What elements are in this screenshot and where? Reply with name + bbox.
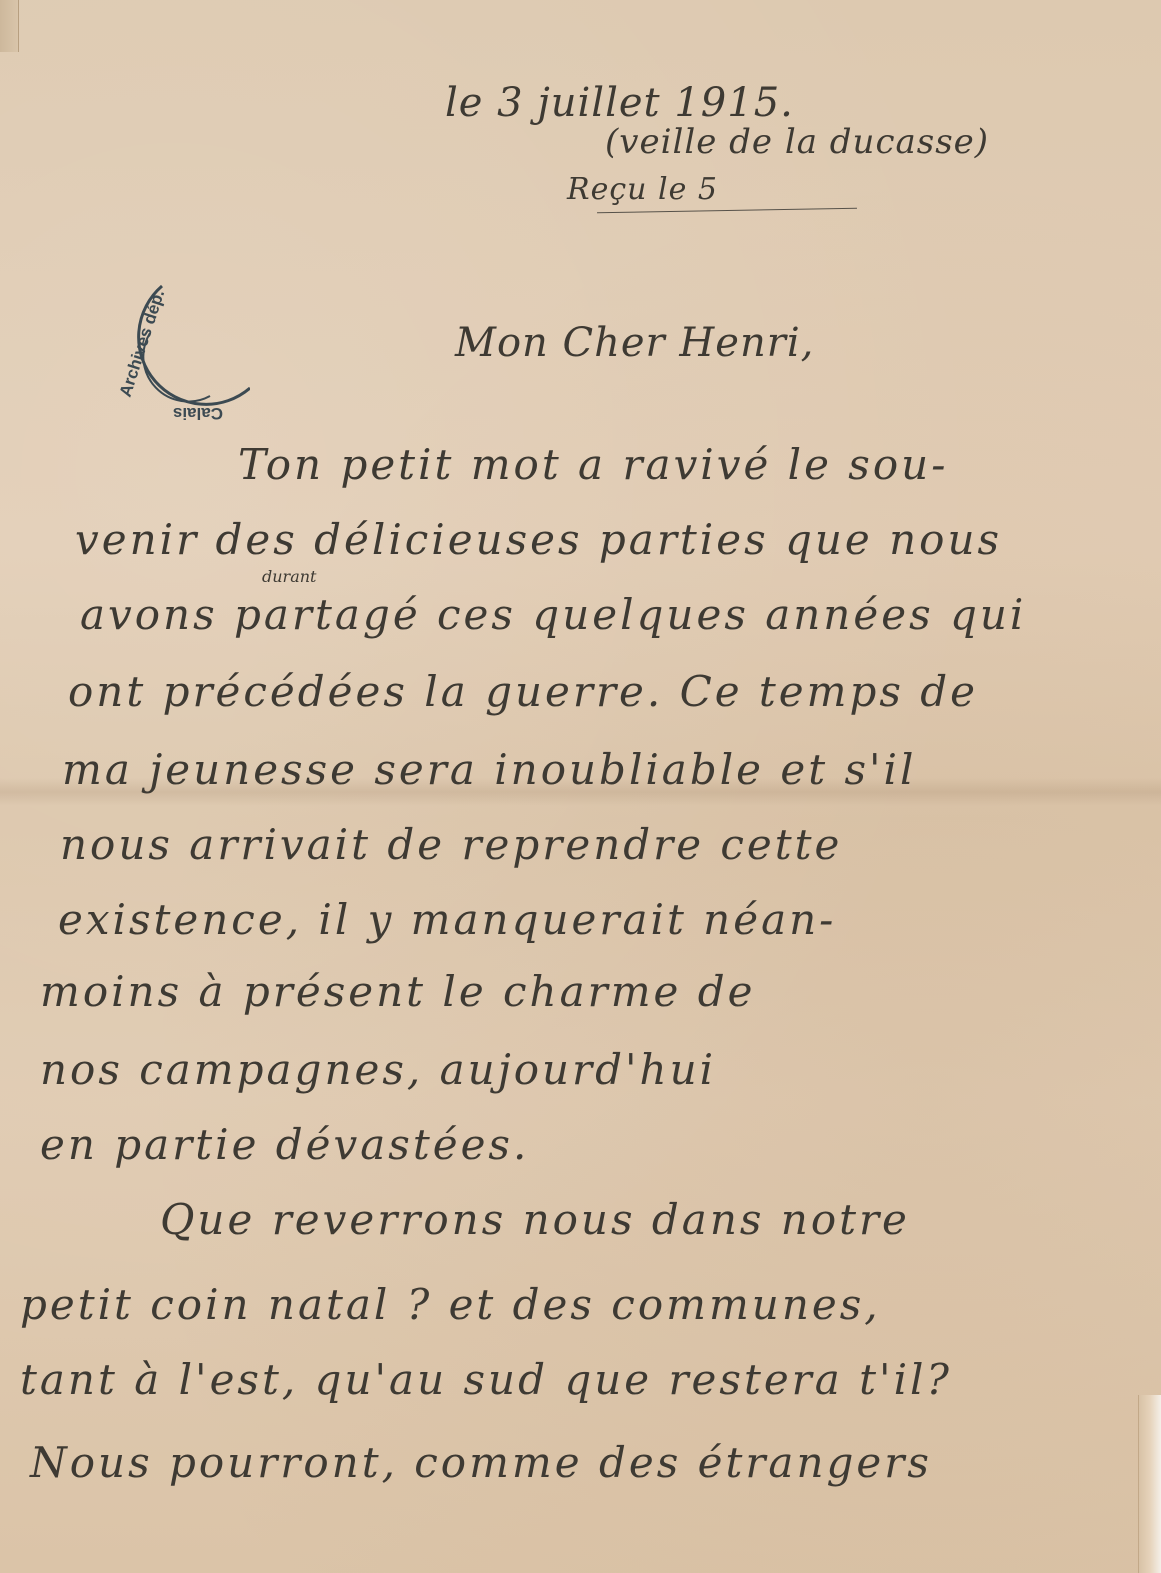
letter-line: nos campagnes, aujourd'hui	[40, 1045, 716, 1094]
date-note: (veille de la ducasse)	[605, 122, 989, 162]
received-annotation: Reçu le 5	[567, 172, 718, 207]
letter-line: existence, il y manquerait néan-	[58, 895, 836, 944]
interlinear-insertion: durant	[262, 567, 316, 586]
stamp-text-archives: Archives dép.	[116, 287, 169, 399]
archive-stamp-icon: Archives dép. Calais	[100, 278, 250, 428]
letter-line: avons partagé ces quelques années qui	[80, 590, 1026, 639]
letter-line: moins à présent le charme de	[40, 967, 756, 1016]
torn-corner	[0, 0, 19, 52]
salutation: Mon Cher Henri,	[455, 320, 814, 366]
letter-line: Que reverrons nous dans notre	[160, 1195, 910, 1244]
letter-line: en partie dévastées.	[40, 1120, 529, 1169]
letter-date: le 3 juillet 1915.	[445, 80, 794, 126]
letter-line: Nous pourront, comme des étrangers	[30, 1438, 932, 1487]
letter-line: tant à l'est, qu'au sud que restera t'il…	[20, 1355, 952, 1404]
letter-page: le 3 juillet 1915. (veille de la ducasse…	[0, 0, 1161, 1573]
letter-line: Ton petit mot a ravivé le sou-	[238, 440, 948, 489]
received-underline	[597, 208, 857, 214]
torn-edge	[1138, 1395, 1161, 1573]
letter-line: ma jeunesse sera inoubliable et s'il	[62, 745, 916, 794]
stamp-text-calais: Calais	[173, 404, 223, 423]
letter-line: petit coin natal ? et des communes,	[20, 1280, 881, 1329]
letter-line: ont précédées la guerre. Ce temps de	[68, 667, 978, 716]
letter-line: venir des délicieuses parties que nous	[75, 515, 1002, 564]
letter-line: nous arrivait de reprendre cette	[60, 820, 842, 869]
